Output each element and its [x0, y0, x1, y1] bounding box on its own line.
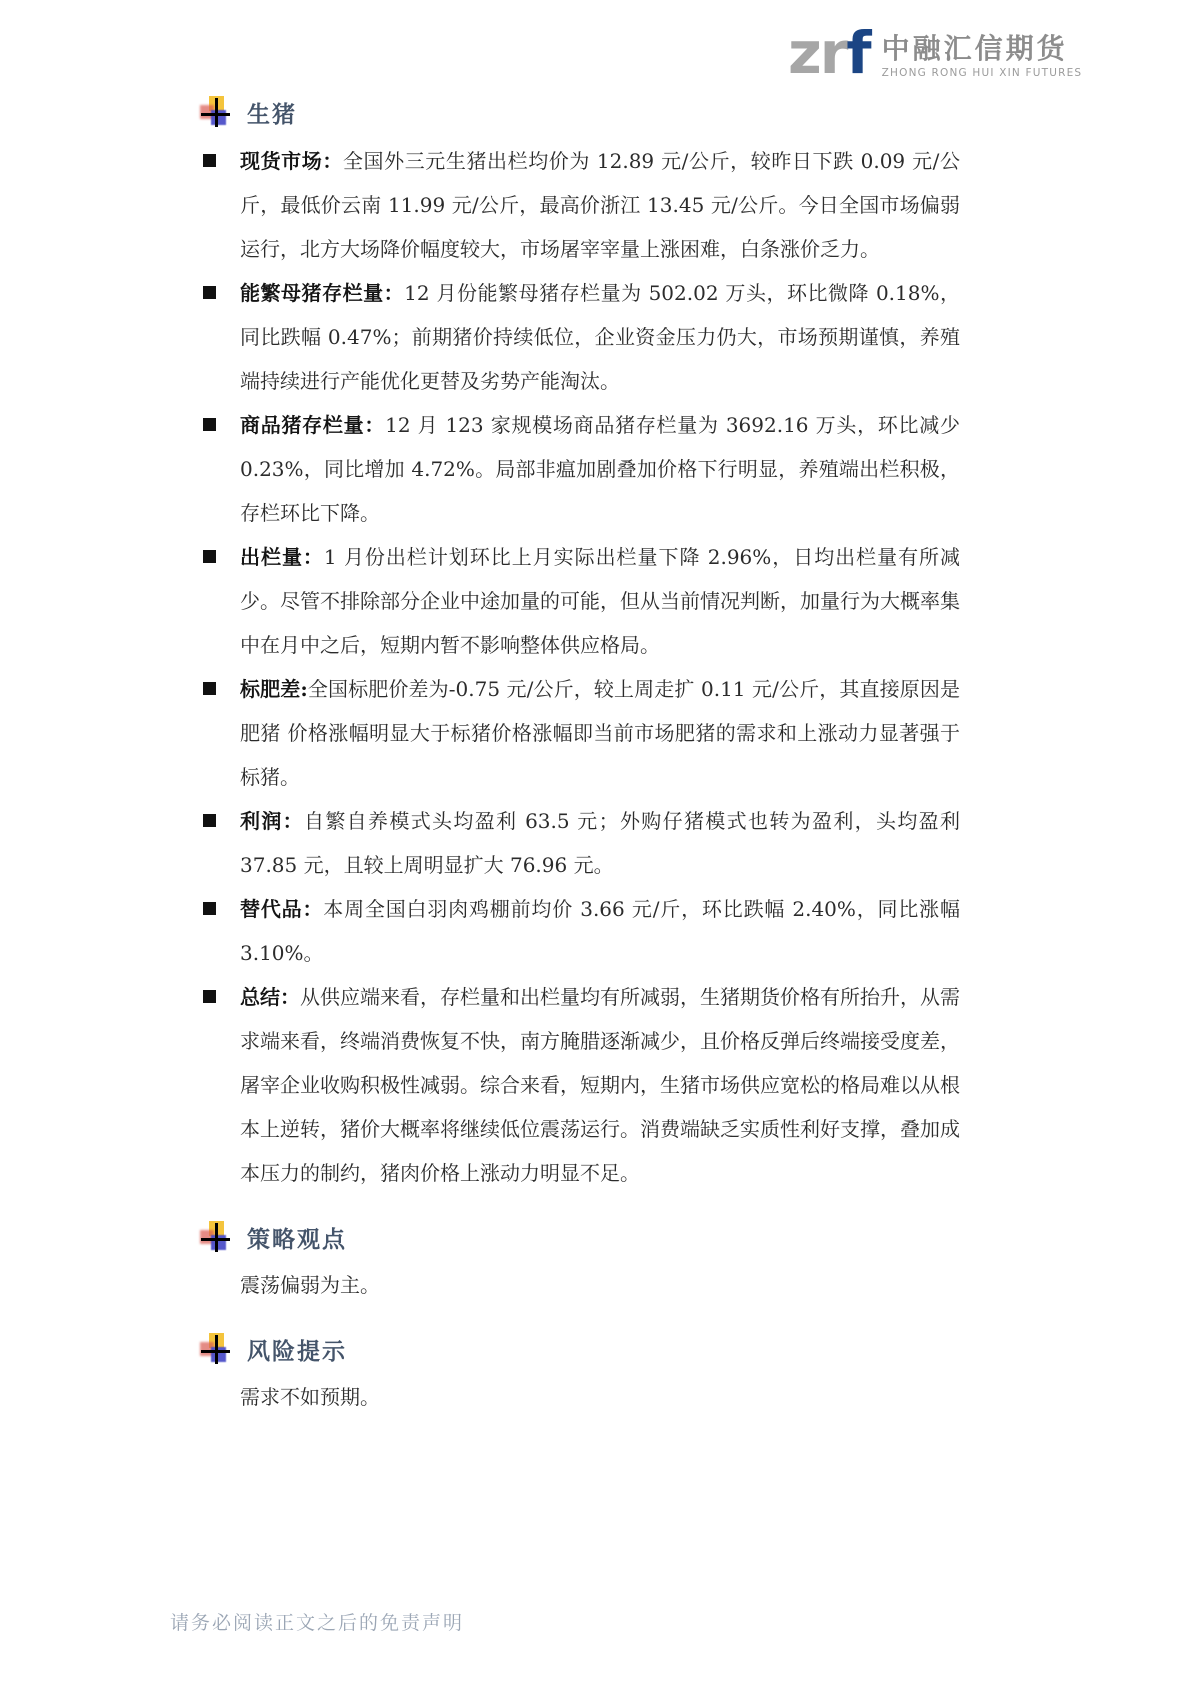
bullet-label: 现货市场： [240, 149, 343, 173]
anchor-marker-icon [200, 1221, 231, 1254]
bullet-profit: 利润：自繁自养模式头均盈利 63.5 元；外购仔猪模式也转为盈利，头均盈利 37… [200, 799, 960, 887]
anchor-marker-icon [200, 96, 231, 129]
bullet-paragraph: 标肥差:全国标肥价差为-0.75 元/公斤，较上周走扩 0.11 元/公斤，其直… [240, 667, 960, 799]
logo-f-text: f [846, 19, 869, 87]
square-bullet-icon [203, 814, 216, 827]
bullet-label: 替代品： [240, 897, 323, 921]
square-bullet-icon [203, 550, 216, 563]
bullet-text: 自繁自养模式头均盈利 63.5 元；外购仔猪模式也转为盈利，头均盈利 37.85… [240, 809, 960, 877]
bullet-label: 商品猪存栏量： [240, 413, 385, 437]
bullet-paragraph: 商品猪存栏量：12 月 123 家规模场商品猪存栏量为 3692.16 万头，环… [240, 403, 960, 535]
logo-zr-text: zr [788, 19, 846, 87]
bullet-sow-inventory: 能繁母猪存栏量：12 月份能繁母猪存栏量为 502.02 万头，环比微降 0.1… [200, 271, 960, 403]
bullet-paragraph: 出栏量：1 月份出栏计划环比上月实际出栏量下降 2.96%，日均出栏量有所减少。… [240, 535, 960, 667]
bullet-commercial-hog-inventory: 商品猪存栏量：12 月 123 家规模场商品猪存栏量为 3692.16 万头，环… [200, 403, 960, 535]
square-bullet-icon [203, 902, 216, 915]
bullet-list: 现货市场：全国外三元生猪出栏均价为 12.89 元/公斤，较昨日下跌 0.09 … [200, 139, 960, 1195]
bullet-standard-fat-spread: 标肥差:全国标肥价差为-0.75 元/公斤，较上周走扩 0.11 元/公斤，其直… [200, 667, 960, 799]
bullet-text: 全国外三元生猪出栏均价为 12.89 元/公斤，较昨日下跌 0.09 元/公斤，… [240, 149, 960, 261]
risk-paragraph: 需求不如预期。 [200, 1375, 960, 1419]
square-bullet-icon [203, 418, 216, 431]
section-header-risk: 风险提示 [200, 1333, 960, 1366]
company-name-en: ZHONG RONG HUI XIN FUTURES [882, 66, 1083, 80]
anchor-marker-icon [200, 1333, 231, 1366]
bullet-substitutes: 替代品：本周全国白羽肉鸡棚前均价 3.66 元/斤，环比跌幅 2.40%，同比涨… [200, 887, 960, 975]
bullet-paragraph: 总结：从供应端来看，存栏量和出栏量均有所减弱，生猪期货价格有所抬升，从需求端来看… [240, 975, 960, 1195]
bullet-text: 1 月份出栏计划环比上月实际出栏量下降 2.96%，日均出栏量有所减少。尽管不排… [240, 545, 960, 657]
footer-disclaimer: 请务必阅读正文之后的免责声明 [170, 1608, 464, 1635]
bullet-summary: 总结：从供应端来看，存栏量和出栏量均有所减弱，生猪期货价格有所抬升，从需求端来看… [200, 975, 960, 1195]
section-title: 生猪 [247, 96, 297, 129]
bullet-text: 从供应端来看，存栏量和出栏量均有所减弱，生猪期货价格有所抬升，从需求端来看，终端… [240, 985, 960, 1185]
bullet-text: 全国标肥价差为-0.75 元/公斤，较上周走扩 0.11 元/公斤，其直接原因是… [240, 677, 960, 789]
bullet-paragraph: 能繁母猪存栏量：12 月份能繁母猪存栏量为 502.02 万头，环比微降 0.1… [240, 271, 960, 403]
bullet-paragraph: 替代品：本周全国白羽肉鸡棚前均价 3.66 元/斤，环比跌幅 2.40%，同比涨… [240, 887, 960, 975]
section-header-hogs: 生猪 [200, 96, 960, 129]
bullet-slaughter-volume: 出栏量：1 月份出栏计划环比上月实际出栏量下降 2.96%，日均出栏量有所减少。… [200, 535, 960, 667]
company-logo: zrf 中融汇信期货 ZHONG RONG HUI XIN FUTURES [788, 22, 1082, 84]
bullet-spot-market: 现货市场：全国外三元生猪出栏均价为 12.89 元/公斤，较昨日下跌 0.09 … [200, 139, 960, 271]
section-header-strategy: 策略观点 [200, 1221, 960, 1254]
logo-zrf-mark: zrf [788, 22, 870, 84]
strategy-paragraph: 震荡偏弱为主。 [200, 1263, 960, 1307]
bullet-paragraph: 现货市场：全国外三元生猪出栏均价为 12.89 元/公斤，较昨日下跌 0.09 … [240, 139, 960, 271]
bullet-label: 标肥差: [240, 677, 308, 701]
square-bullet-icon [203, 154, 216, 167]
bullet-text: 本周全国白羽肉鸡棚前均价 3.66 元/斤，环比跌幅 2.40%，同比涨幅 3.… [240, 897, 960, 965]
bullet-paragraph: 利润：自繁自养模式头均盈利 63.5 元；外购仔猪模式也转为盈利，头均盈利 37… [240, 799, 960, 887]
square-bullet-icon [203, 990, 216, 1003]
bullet-label: 利润： [240, 809, 304, 833]
company-name-cn: 中融汇信期货 [882, 34, 1083, 64]
report-body: 生猪 现货市场：全国外三元生猪出栏均价为 12.89 元/公斤，较昨日下跌 0.… [200, 96, 960, 1419]
square-bullet-icon [203, 682, 216, 695]
square-bullet-icon [203, 286, 216, 299]
logo-text-block: 中融汇信期货 ZHONG RONG HUI XIN FUTURES [882, 22, 1083, 80]
section-title: 风险提示 [247, 1333, 347, 1366]
bullet-label: 出栏量： [240, 545, 324, 569]
bullet-label: 总结： [240, 985, 300, 1009]
report-page: zrf 中融汇信期货 ZHONG RONG HUI XIN FUTURES 生猪… [0, 0, 1190, 1683]
bullet-label: 能繁母猪存栏量： [240, 281, 404, 305]
section-title: 策略观点 [247, 1221, 347, 1254]
